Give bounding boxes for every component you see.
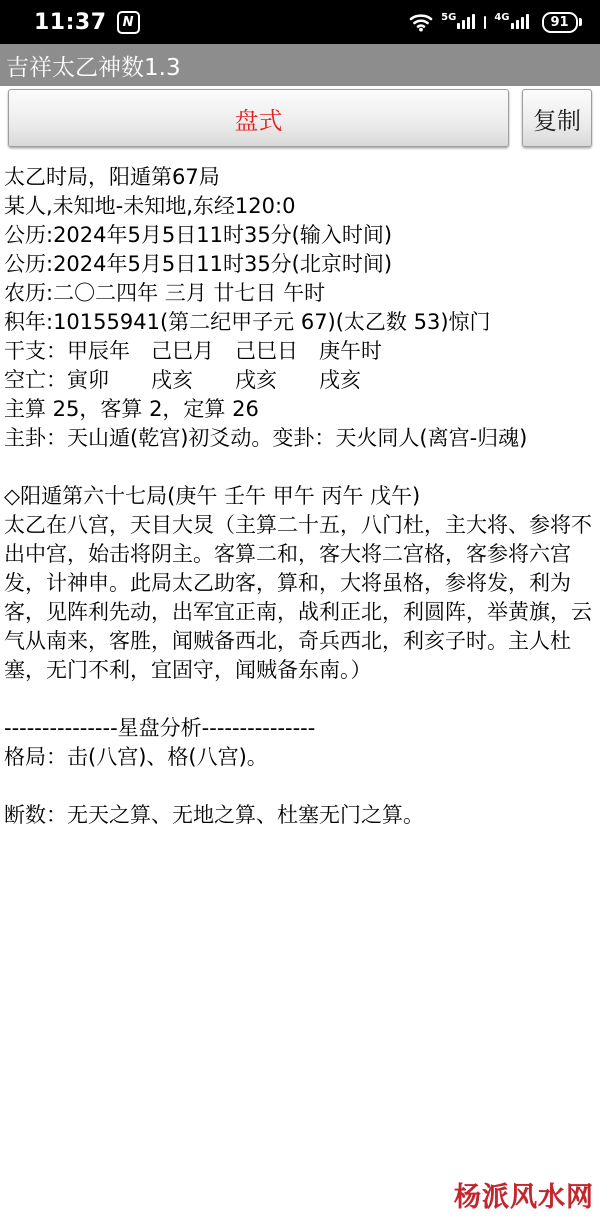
text-line: 公历:2024年5月5日11时35分(北京时间) — [4, 250, 596, 279]
signal-bars-icon — [511, 12, 530, 33]
signal-bars-icon — [457, 12, 476, 33]
text-line: ---------------星盘分析--------------- — [4, 714, 596, 743]
text-line: 太乙在八宫，天目大炅（主算二十五，八门杜，主大将、参将不 — [4, 511, 596, 540]
chart-result-text[interactable]: 太乙时局，阳遁第67局 某人,未知地-未知地,东经120:0 公历:2024年5… — [0, 157, 600, 830]
text-line: 空亡：寅卯 戌亥 戌亥 戌亥 — [4, 366, 596, 395]
battery-icon: 91 — [542, 12, 583, 33]
text-line — [4, 453, 596, 482]
copy-button[interactable]: 复制 — [522, 89, 592, 147]
pan-style-button[interactable]: 盘式 — [8, 89, 509, 147]
text-line: 断数：无天之算、无地之算、杜塞无门之算。 — [4, 801, 596, 830]
text-line — [4, 685, 596, 714]
text-line: 出中宫，始击将阴主。客算二和，客大将二宫格，客参将六宫 — [4, 540, 596, 569]
text-line: 公历:2024年5月5日11时35分(输入时间) — [4, 221, 596, 250]
signal-sim2: 4G — [494, 12, 529, 33]
network-type-5g-label: 5G — [441, 13, 456, 23]
app-title: 吉祥太乙神数1.3 — [6, 49, 181, 82]
text-line: 客，见阵利先动，出军宜正南，战利正北，利圆阵，举黄旗，云 — [4, 598, 596, 627]
battery-percent: 91 — [542, 12, 578, 33]
signal-sim1: 5G — [441, 12, 476, 33]
text-line: 格局：击(八宫)、格(八宫)。 — [4, 743, 596, 772]
phone-screen: 11:37 N 5G — [0, 0, 600, 1224]
status-bar-divider — [484, 16, 486, 29]
text-line: 塞，无门不利，宜固守，闻贼备东南。） — [4, 656, 596, 685]
text-line: 积年:10155941(第二纪甲子元 67)(太乙数 53)惊门 — [4, 308, 596, 337]
text-line: ◇阳遁第六十七局(庚午 壬午 甲午 丙午 戊午) — [4, 482, 596, 511]
battery-nub — [579, 18, 582, 26]
status-bar-left: 11:37 N — [34, 10, 140, 35]
app-title-bar: 吉祥太乙神数1.3 — [0, 44, 600, 86]
status-bar-right: 5G 4G — [409, 12, 582, 33]
text-line: 干支：甲辰年 己巳月 己巳日 庚午时 — [4, 337, 596, 366]
status-bar: 11:37 N 5G — [0, 0, 600, 44]
toolbar: 盘式 复制 — [0, 86, 600, 157]
text-line: 发，计神申。此局太乙助客，算和，大将虽格，参将发，利为 — [4, 569, 596, 598]
text-line: 太乙时局，阳遁第67局 — [4, 163, 596, 192]
clock: 11:37 — [34, 10, 107, 35]
network-type-4g-label: 4G — [494, 13, 509, 23]
text-line: 气从南来，客胜，闻贼备西北，奇兵西北，利亥子时。主人杜 — [4, 627, 596, 656]
watermark: 杨派风水网 — [454, 1175, 594, 1214]
text-line — [4, 772, 596, 801]
text-line: 主卦：天山遁(乾宫)初爻动。变卦：天火同人(离宫-归魂) — [4, 424, 596, 453]
wifi-icon — [409, 12, 433, 32]
text-line: 主算 25，客算 2，定算 26 — [4, 395, 596, 424]
text-line: 农历:二〇二四年 三月 廿七日 午时 — [4, 279, 596, 308]
nfc-icon: N — [117, 11, 140, 34]
text-line: 某人,未知地-未知地,东经120:0 — [4, 192, 596, 221]
